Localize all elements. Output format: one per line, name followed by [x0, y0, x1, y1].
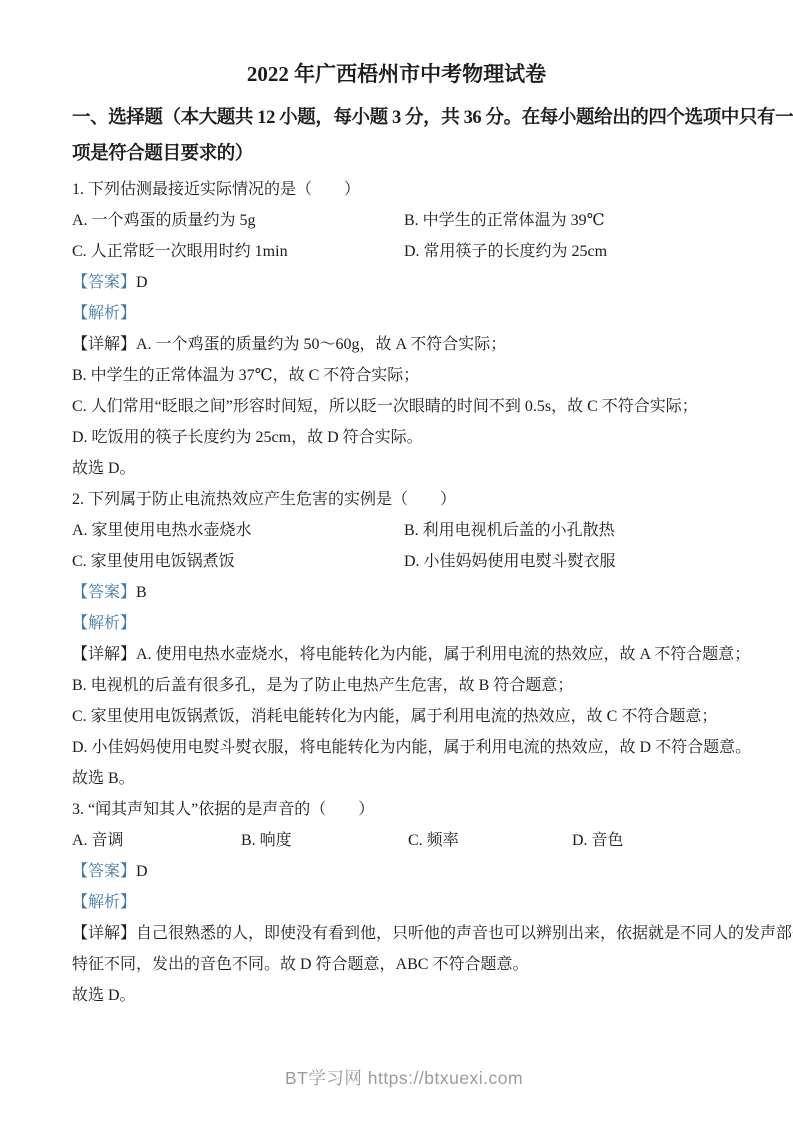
- analysis-label: 【解析】: [72, 608, 793, 639]
- page-title: 2022 年广西梧州市中考物理试卷: [72, 58, 721, 90]
- question-3-option-a: A. 音调: [72, 825, 237, 856]
- question-3-options-row: A. 音调 B. 响度 C. 频率 D. 音色: [72, 825, 793, 856]
- question-3-detail-line-2: 特征不同，发出的音色不同。故 D 符合题意，ABC 不符合题意。: [72, 949, 793, 980]
- question-1-option-a: A. 一个鸡蛋的质量约为 5g: [72, 205, 400, 236]
- question-2-stem: 2. 下列属于防止电流热效应产生危害的实例是（ ）: [72, 484, 793, 515]
- question-2-answer-value: B: [136, 584, 147, 601]
- question-2-detail-d: D. 小佳妈妈使用电熨斗熨衣服，将电能转化为内能，属于利用电流的热效应，故 D …: [72, 732, 793, 763]
- question-3-stem: 3. “闻其声知其人”依据的是声音的（ ）: [72, 794, 793, 825]
- analysis-label: 【解析】: [72, 298, 793, 329]
- section-heading: 一、选择题（本大题共 12 小题，每小题 3 分，共 36 分。在每小题给出的四…: [72, 100, 793, 172]
- question-2-option-d: D. 小佳妈妈使用电熨斗熨衣服: [404, 546, 616, 577]
- question-1-detail-a: 【详解】A. 一个鸡蛋的质量约为 50～60g，故 A 不符合实际；: [72, 329, 793, 360]
- question-2-detail-c: C. 家里使用电饭锅煮饭，消耗电能转化为内能，属于利用电流的热效应，故 C 不符…: [72, 701, 793, 732]
- question-1-options-row-1: A. 一个鸡蛋的质量约为 5g B. 中学生的正常体温为 39℃: [72, 205, 793, 236]
- exam-document-page: 2022 年广西梧州市中考物理试卷 一、选择题（本大题共 12 小题，每小题 3…: [0, 0, 793, 1122]
- question-2-answer-line: 【答案】B: [72, 577, 793, 608]
- footer-watermark: BT学习网 https://btxuexi.com: [285, 1066, 523, 1090]
- answer-label: 【答案】: [72, 274, 136, 291]
- question-3-detail-line-1: 【详解】自己很熟悉的人，即使没有看到他，只听他的声音也可以辨别出来，依据就是不同…: [72, 918, 793, 949]
- question-3-conclusion: 故选 D。: [72, 980, 793, 1011]
- question-1-option-c: C. 人正常眨一次眼用时约 1min: [72, 236, 400, 267]
- question-1-detail-b: B. 中学生的正常体温为 37℃，故 C 不符合实际；: [72, 360, 793, 391]
- question-3-answer-value: D: [136, 863, 148, 880]
- question-3-option-c: C. 频率: [408, 825, 568, 856]
- question-1-conclusion: 故选 D。: [72, 453, 793, 484]
- question-2-options-row-2: C. 家里使用电饭锅煮饭 D. 小佳妈妈使用电熨斗熨衣服: [72, 546, 793, 577]
- question-2-option-a: A. 家里使用电热水壶烧水: [72, 515, 400, 546]
- section-heading-line-1: 一、选择题（本大题共 12 小题，每小题 3 分，共 36 分。在每小题给出的四…: [72, 100, 793, 136]
- question-2-options-row-1: A. 家里使用电热水壶烧水 B. 利用电视机后盖的小孔散热: [72, 515, 793, 546]
- question-1-answer-line: 【答案】D: [72, 267, 793, 298]
- question-2-option-b: B. 利用电视机后盖的小孔散热: [404, 515, 615, 546]
- question-3-answer-line: 【答案】D: [72, 856, 793, 887]
- question-2: 2. 下列属于防止电流热效应产生危害的实例是（ ） A. 家里使用电热水壶烧水 …: [72, 484, 793, 794]
- question-2-detail-a: 【详解】A. 使用电热水壶烧水，将电能转化为内能，属于利用电流的热效应，故 A …: [72, 639, 793, 670]
- question-1-options-row-2: C. 人正常眨一次眼用时约 1min D. 常用筷子的长度约为 25cm: [72, 236, 793, 267]
- question-3: 3. “闻其声知其人”依据的是声音的（ ） A. 音调 B. 响度 C. 频率 …: [72, 794, 793, 1011]
- question-3-option-d: D. 音色: [572, 825, 624, 856]
- question-1-detail-c: C. 人们常用“眨眼之间”形容时间短，所以眨一次眼睛的时间不到 0.5s，故 C…: [72, 391, 793, 422]
- answer-label: 【答案】: [72, 584, 136, 601]
- question-1-detail-d: D. 吃饭用的筷子长度约为 25cm，故 D 符合实际。: [72, 422, 793, 453]
- question-2-option-c: C. 家里使用电饭锅煮饭: [72, 546, 400, 577]
- section-heading-line-2: 项是符合题目要求的）: [72, 136, 793, 172]
- question-3-option-b: B. 响度: [241, 825, 404, 856]
- document-body: 1. 下列估测最接近实际情况的是（ ） A. 一个鸡蛋的质量约为 5g B. 中…: [72, 174, 793, 1011]
- question-1: 1. 下列估测最接近实际情况的是（ ） A. 一个鸡蛋的质量约为 5g B. 中…: [72, 174, 793, 484]
- question-1-option-b: B. 中学生的正常体温为 39℃: [404, 205, 605, 236]
- answer-label: 【答案】: [72, 863, 136, 880]
- question-1-option-d: D. 常用筷子的长度约为 25cm: [404, 236, 607, 267]
- question-1-stem: 1. 下列估测最接近实际情况的是（ ）: [72, 174, 793, 205]
- question-1-answer-value: D: [136, 274, 148, 291]
- question-2-conclusion: 故选 B。: [72, 763, 793, 794]
- question-2-detail-b: B. 电视机的后盖有很多孔，是为了防止电热产生危害，故 B 符合题意；: [72, 670, 793, 701]
- analysis-label: 【解析】: [72, 887, 793, 918]
